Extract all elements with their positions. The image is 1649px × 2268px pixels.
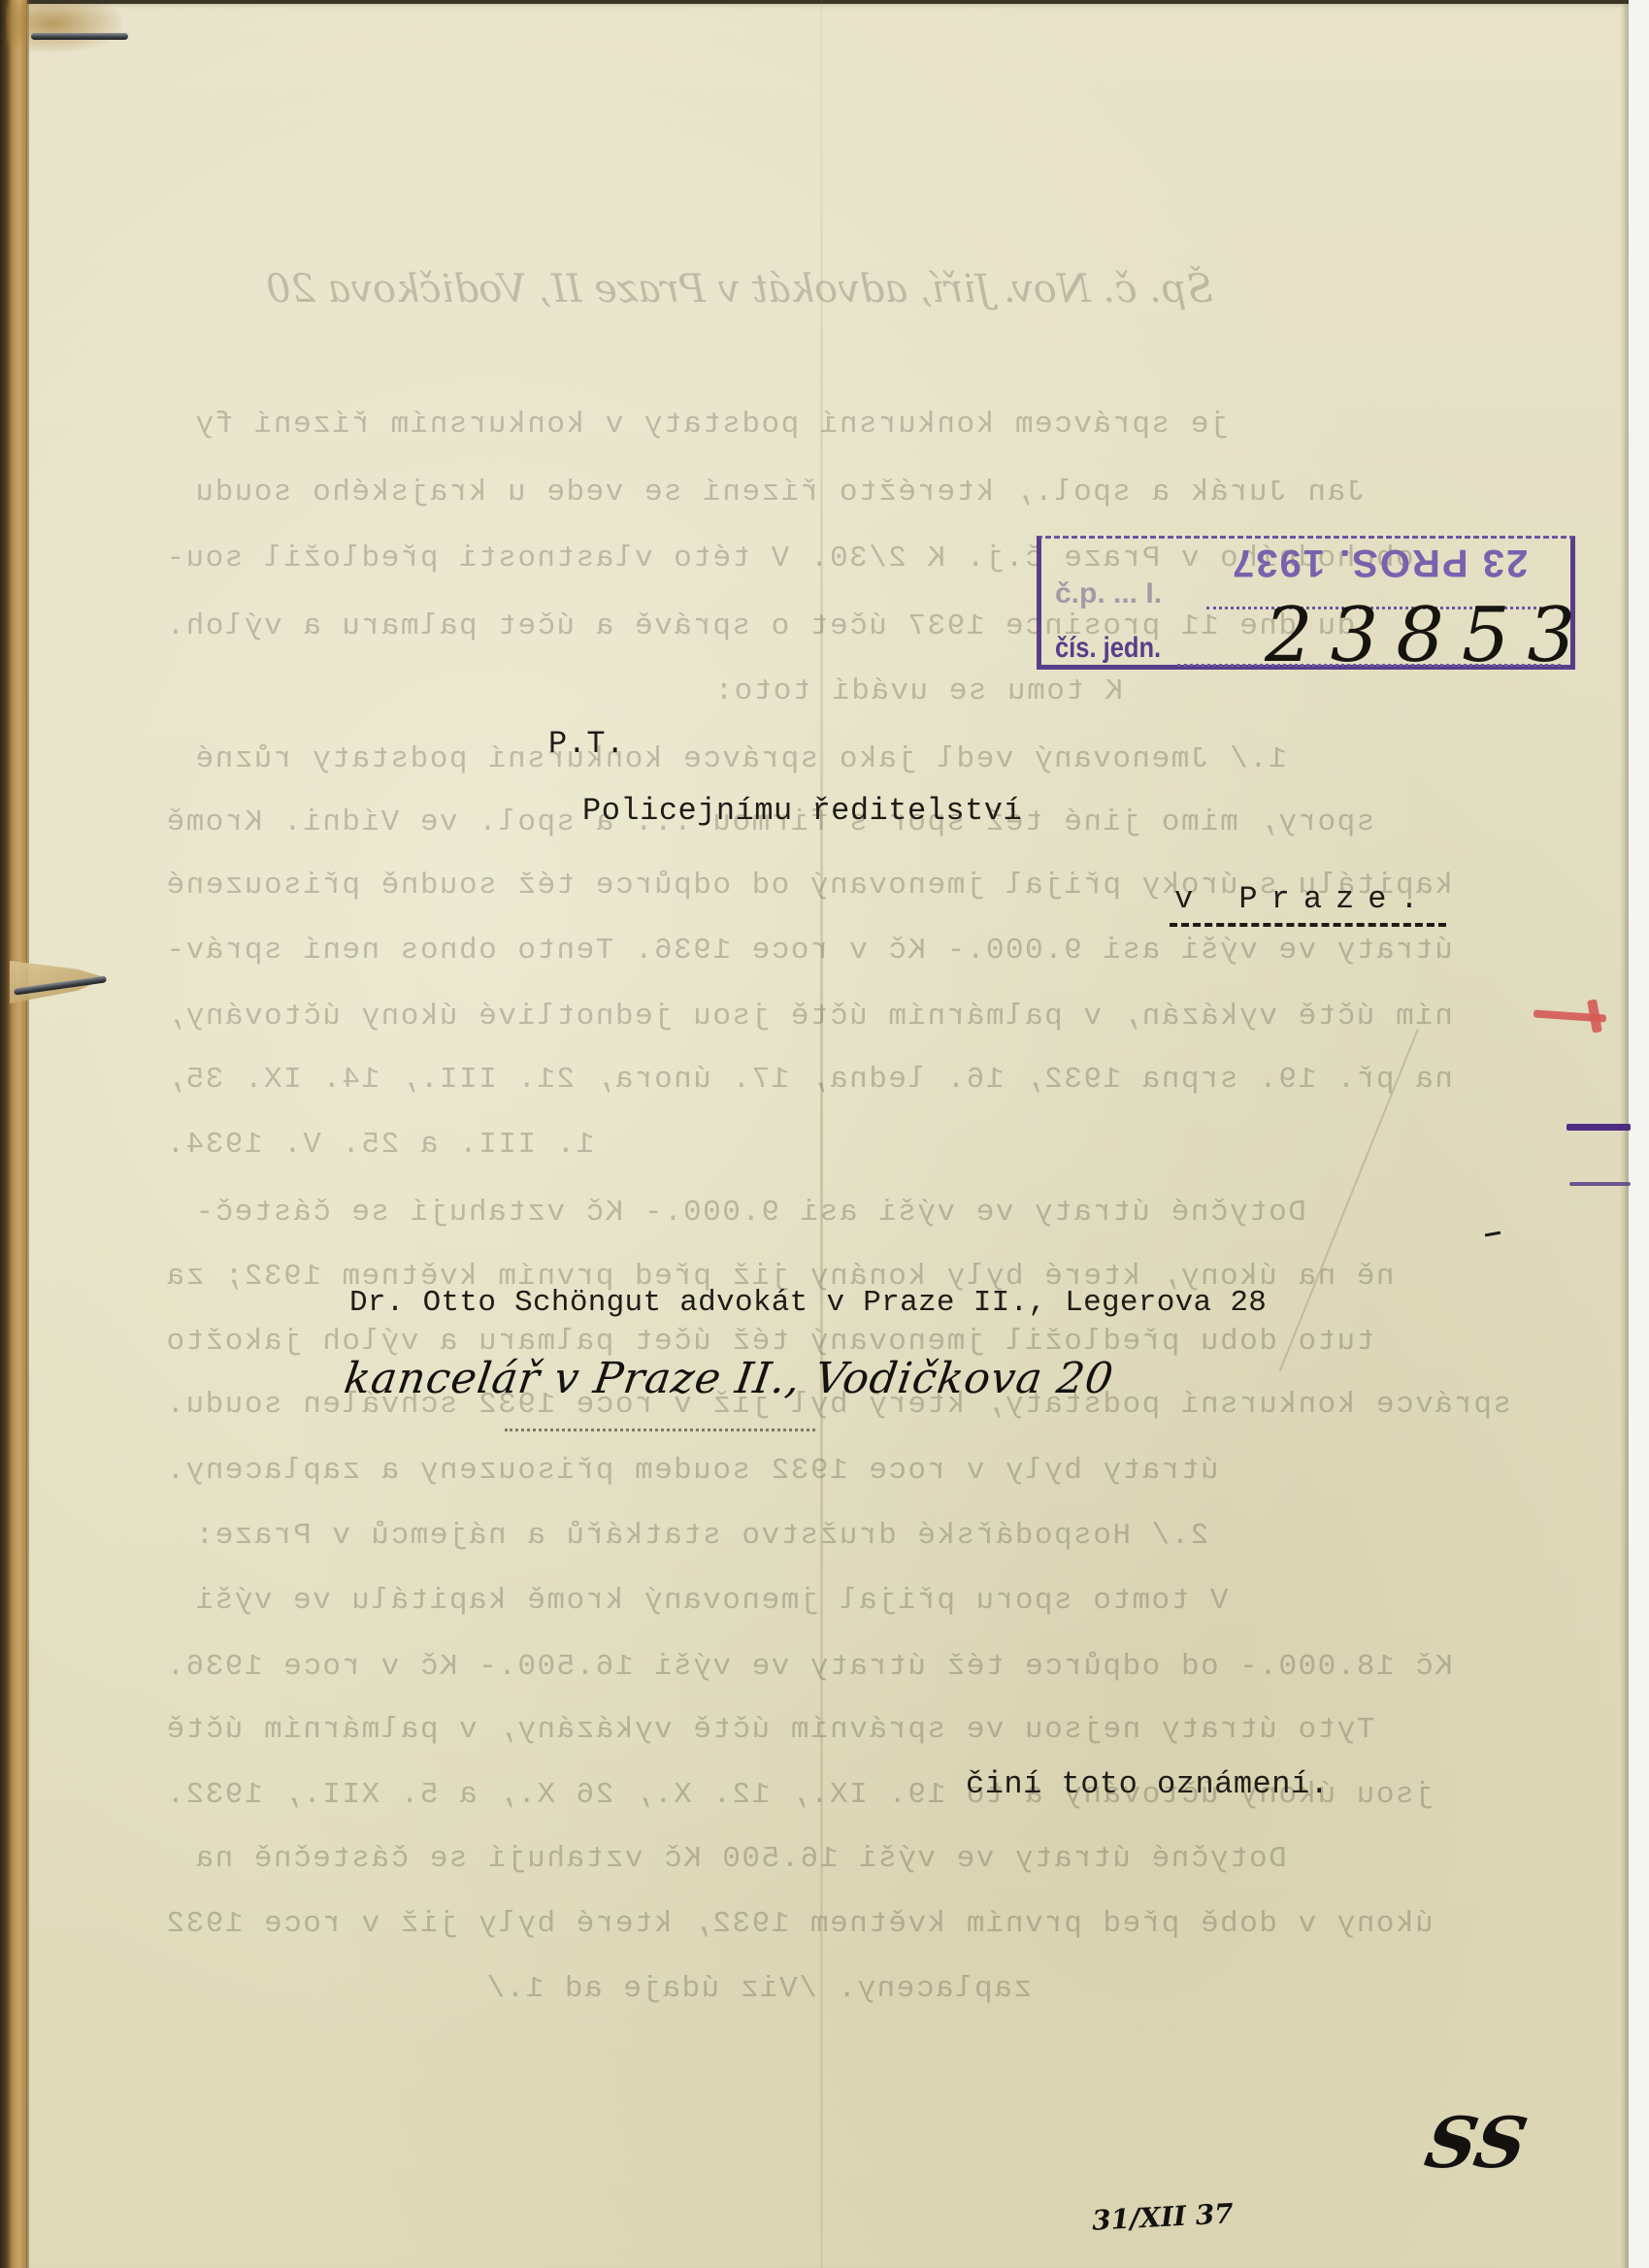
registry-stamp: 23 PROS. 1937 č.p. ... I. čís. jedn. 238…	[1037, 536, 1575, 670]
handwritten-initials: SS	[1420, 2101, 1534, 2184]
purple-margin-line	[1569, 1182, 1631, 1186]
handwritten-address-correction: kancelář v Praze II., Vodičkova 20	[341, 1354, 1116, 1403]
stamp-date: 23 PROS. 1937	[1231, 541, 1528, 584]
stamp-row2-label: čís. jedn.	[1055, 632, 1161, 665]
city-underline	[1170, 923, 1446, 927]
registry-number: 23853	[1265, 592, 1593, 679]
handwritten-dotted-underline	[505, 1429, 815, 1431]
corner-stain	[6, 4, 122, 52]
purple-margin-line	[1567, 1124, 1631, 1131]
vertical-fold-crease	[820, 0, 823, 2268]
salutation: P.T.	[548, 726, 625, 762]
stamp-row1-label: č.p. ... I.	[1055, 577, 1162, 610]
sender-line: Dr. Otto Schöngut advokát v Praze II., L…	[349, 1286, 1267, 1320]
top-pin-icon	[31, 33, 128, 40]
declaration-text: činí toto oznámení.	[966, 1766, 1329, 1802]
recipient-institution: Policejnímu ředitelství	[582, 793, 1022, 829]
recipient-city: v Praze.	[1174, 881, 1433, 917]
paper-sheet	[0, 0, 1629, 2268]
bleed-through-handwriting: Šp. č. Nov. Jiří, advokát v Praze II, Vo…	[155, 267, 1213, 312]
spine-edge	[26, 0, 29, 2268]
binding-spine	[0, 0, 27, 2268]
